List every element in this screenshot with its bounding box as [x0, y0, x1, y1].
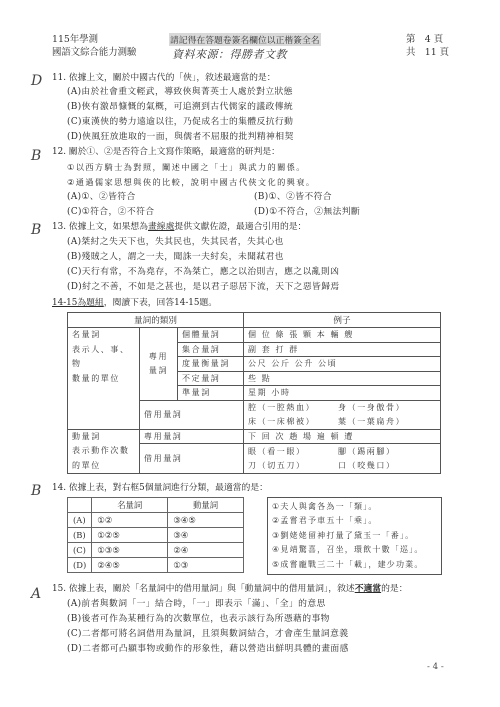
q12-option-d: (D)①不符合，②無法判斷: [254, 206, 360, 220]
question-number: 15.: [52, 584, 66, 594]
option-label: (B): [68, 528, 92, 543]
option-label: (D): [68, 558, 92, 573]
q14-options-table: 名量詞 動量詞 (A) ①② ③④⑤ (B) ①②⑤ ③④ (C) ①③⑤ ②④…: [67, 497, 244, 573]
q12-option-c: (C)①符合，②不符合: [67, 206, 154, 220]
page-number: - 4 -: [427, 662, 444, 672]
question-number: 12.: [52, 147, 66, 157]
verb-answer: ①③: [168, 558, 244, 573]
label-line: 名量詞: [72, 328, 135, 343]
question-15-stem: 15. 依據上表，關於「名量詞中的借用量詞」與「動量詞中的借用量詞」，敘述不適當…: [52, 583, 408, 597]
answer-mark-q11: D: [31, 73, 42, 89]
answer-mark-q12: B: [31, 148, 41, 164]
label-line: 表示人、事、物: [72, 343, 135, 372]
q15-option-c: (C)二者都可將名詞借用為量詞，且須與數詞結合，才會產生量詞意義: [67, 628, 349, 642]
question-12-stem: 12. 關於①、②是否符合上文寫作策略，最適當的研判是：: [52, 146, 280, 160]
noun-answer: ①③⑤: [92, 543, 168, 558]
sentence-item: ③劉姥姥留神打量了黛玉一「番」。: [272, 529, 437, 543]
question-11-stem: 11. 依據上文，關於中國古代的「俠」，敘述最適當的是：: [52, 72, 276, 86]
example-cell: 個 位 條 張 顆 本 輛 艘: [244, 328, 441, 343]
exam-year: 115年學測: [52, 34, 98, 46]
type-cell: 準量詞: [178, 386, 244, 401]
q11-option-c: (C)東漢俠的勢力遠逾以往，乃促成名士的集體反抗行動: [67, 116, 293, 130]
type-cell: 集合量詞: [178, 342, 244, 357]
q15-option-b: (B)後者可作為某種行為的次數單位，也表示該行為所憑藉的事物: [67, 613, 330, 627]
example-cell: 眼（看一眼）腳（踢兩腳） 刀（切五刀）口（咬幾口）: [244, 444, 441, 474]
type-cell: 借用量詞: [140, 400, 244, 429]
dedicated-classifier-label: 專用 量詞: [140, 328, 178, 401]
option-label: (C): [68, 543, 92, 558]
label-line: 數量的單位: [72, 372, 135, 387]
question-14-stem: 14. 依據上表，對右框5個量詞進行分類，最適當的是：: [52, 482, 268, 496]
question-text: 關於①、②是否符合上文寫作策略，最適當的研判是：: [69, 147, 280, 157]
label-line: 動量詞: [72, 430, 135, 445]
example: 身（一身傲骨）: [338, 403, 405, 412]
classifier-sentences-box: ①夫人與禽各為一「類」。 ②孟嘗君予車五十「乘」。 ③劉姥姥留神打量了黛玉一「番…: [267, 497, 442, 575]
q13-option-b: (B)殘賊之人，謂之一夫，聞誅一夫紂矣，未聞弒君也: [67, 251, 284, 265]
sentence-item: ⑤成嘗龐戰三二十「載」，建少功業。: [272, 558, 437, 572]
example: 葉（一葉扁舟）: [338, 417, 405, 426]
example: 腔（一腔熱血）: [248, 401, 338, 415]
example-cell: 些 點: [244, 371, 441, 386]
example: 床（一床棉被）: [248, 415, 338, 429]
q15-option-a: (A)前者與數詞「一」結合時，「一」即表示「滿」、「全」的意思: [67, 598, 326, 612]
q12-statement-2: ②通過儒家思想與俠的比較，說明中國古代俠文化的興衰。: [67, 176, 315, 190]
example-cell: 星期 小時: [244, 386, 441, 401]
question-text: 依據上表，關於「名量詞中的借用量詞」與「動量詞中的借用量詞」，敘述: [69, 584, 355, 594]
option-row: (D) ②④⑤ ①③: [68, 558, 244, 573]
q12-option-a: (A)①、②皆符合: [67, 191, 136, 205]
label-line: 表示動作次數: [72, 444, 135, 459]
answer-mark-q13: B: [31, 222, 41, 238]
type-cell: 度量衡量詞: [178, 357, 244, 372]
option-row: (C) ①③⑤ ②④: [68, 543, 244, 558]
type-cell: 個體量詞: [178, 328, 244, 343]
type-cell: 不定量詞: [178, 371, 244, 386]
verb-answer: ③④⑤: [168, 513, 244, 528]
example-line: 腔（一腔熱血）身（一身傲骨）: [248, 401, 436, 415]
handwritten-source-note: 資料來源：得勝者文教: [172, 46, 287, 62]
example: 眼（看一眼）: [248, 445, 338, 459]
noun-answer: ②④⑤: [92, 558, 168, 573]
verb-classifier-label: 動量詞 表示動作次數 的單位: [68, 429, 140, 474]
option-label: (A): [68, 513, 92, 528]
noun-answer: ①②: [92, 513, 168, 528]
question-text: 依據上文，關於中國古代的「俠」，敘述最適當的是：: [69, 73, 276, 83]
q11-option-a: (A)由於社會重文輕武，導致俠與菁英士人處於對立狀態: [67, 86, 293, 100]
q11-option-d: (D)俠風狂放進取的一面，與儒者不屈服的批判精神相契: [67, 131, 294, 145]
type-cell: 借用量詞: [140, 444, 244, 474]
corner-cell: [68, 498, 92, 513]
example: 腳（踢兩腳）: [338, 447, 396, 456]
q12-option-b: (B)①、②皆不符合: [254, 191, 332, 205]
label-line: 專用: [144, 350, 173, 364]
example-line: 眼（看一眼）腳（踢兩腳）: [248, 445, 436, 459]
group-label: 14-15為題組: [52, 298, 104, 308]
total-pages-label: 共 11 頁: [406, 47, 449, 59]
q13-option-a: (A)桀紂之失天下也，失其民也，失其民者，失其心也: [67, 236, 284, 250]
verb-answer: ③④: [168, 528, 244, 543]
sentence-item: ④見靖驚喜，召坐，環飲十數「巡」。: [272, 543, 437, 557]
verb-answer: ②④: [168, 543, 244, 558]
emphasis-text: 不適當: [355, 584, 381, 594]
group-instruction: ，閱讀下表，回答14-15題。: [104, 298, 217, 308]
example-cell: 副 套 打 群: [244, 342, 441, 357]
header-examples: 例子: [244, 313, 441, 328]
exam-subject: 國語文綜合能力測驗: [52, 47, 136, 59]
header-noun-classifier: 名量詞: [92, 498, 168, 513]
example-cell: 公尺 公斤 公升 公頃: [244, 357, 441, 372]
question-text: 依據上表，對右框5個量詞進行分類，最適當的是：: [69, 483, 268, 493]
question-text: 依據上文，如果想為: [69, 222, 148, 232]
q15-option-d: (D)二者都可凸顯事物或動作的形象性，藉以營造出鮮明具體的畫面感: [67, 643, 349, 657]
example-cell: 腔（一腔熱血）身（一身傲骨） 床（一床棉被）葉（一葉扁舟）: [244, 400, 441, 429]
answer-mark-q14: B: [31, 483, 41, 499]
question-number: 14.: [52, 483, 66, 493]
classifier-table: 量詞的類別 例子 名量詞 表示人、事、物 數量的單位 專用 量詞 個體量詞 個 …: [67, 312, 441, 474]
header-category: 量詞的類別: [68, 313, 244, 328]
question-text-end: 的是：: [381, 584, 407, 594]
example-line: 床（一床棉被）葉（一葉扁舟）: [248, 415, 436, 429]
example: 口（咬幾口）: [338, 461, 396, 470]
type-cell: 專用量詞: [140, 429, 244, 444]
question-number: 11.: [52, 73, 66, 83]
group-intro: 14-15為題組，閱讀下表，回答14-15題。: [52, 297, 217, 311]
signature-notice: 請記得在答題卷簽名欄位以正楷簽全名: [169, 33, 321, 46]
noun-classifier-label: 名量詞 表示人、事、物 數量的單位: [68, 328, 140, 430]
question-text-end: 提供文獻佐證，最適合引用的是：: [174, 222, 306, 232]
q11-option-b: (B)俠有激昂慷慨的氣概，可追溯到古代儒家的議政傳統: [67, 101, 293, 115]
noun-answer: ①②⑤: [92, 528, 168, 543]
question-number: 13.: [52, 222, 66, 232]
question-13-stem: 13. 依據上文，如果想為畫線處提供文獻佐證，最適合引用的是：: [52, 221, 306, 235]
option-row: (B) ①②⑤ ③④: [68, 528, 244, 543]
label-line: 量詞: [144, 364, 173, 378]
header-verb-classifier: 動量詞: [168, 498, 244, 513]
label-line: 的單位: [72, 459, 135, 474]
option-row: (A) ①② ③④⑤: [68, 513, 244, 528]
example: 刀（切五刀）: [248, 459, 338, 473]
example-line: 刀（切五刀）口（咬幾口）: [248, 459, 436, 473]
q13-option-d: (D)紂之不善，不如是之甚也，是以君子惡居下流，天下之惡皆歸焉: [67, 281, 340, 295]
q13-option-c: (C)天行有常，不為堯存，不為桀亡，應之以治則吉，應之以亂則凶: [67, 266, 339, 280]
answer-mark-q15: A: [31, 586, 41, 602]
q12-statement-1: ①以西方騎士為對照，闡述中國之「士」與武力的關係。: [67, 161, 306, 175]
underlined-term: 畫線處: [148, 222, 174, 232]
sentence-item: ①夫人與禽各為一「類」。: [272, 500, 437, 514]
page-label: 第 4 頁: [406, 34, 443, 46]
example-cell: 下 回 次 趟 場 遍 頓 遭: [244, 429, 441, 444]
sentence-item: ②孟嘗君予車五十「乘」。: [272, 514, 437, 528]
